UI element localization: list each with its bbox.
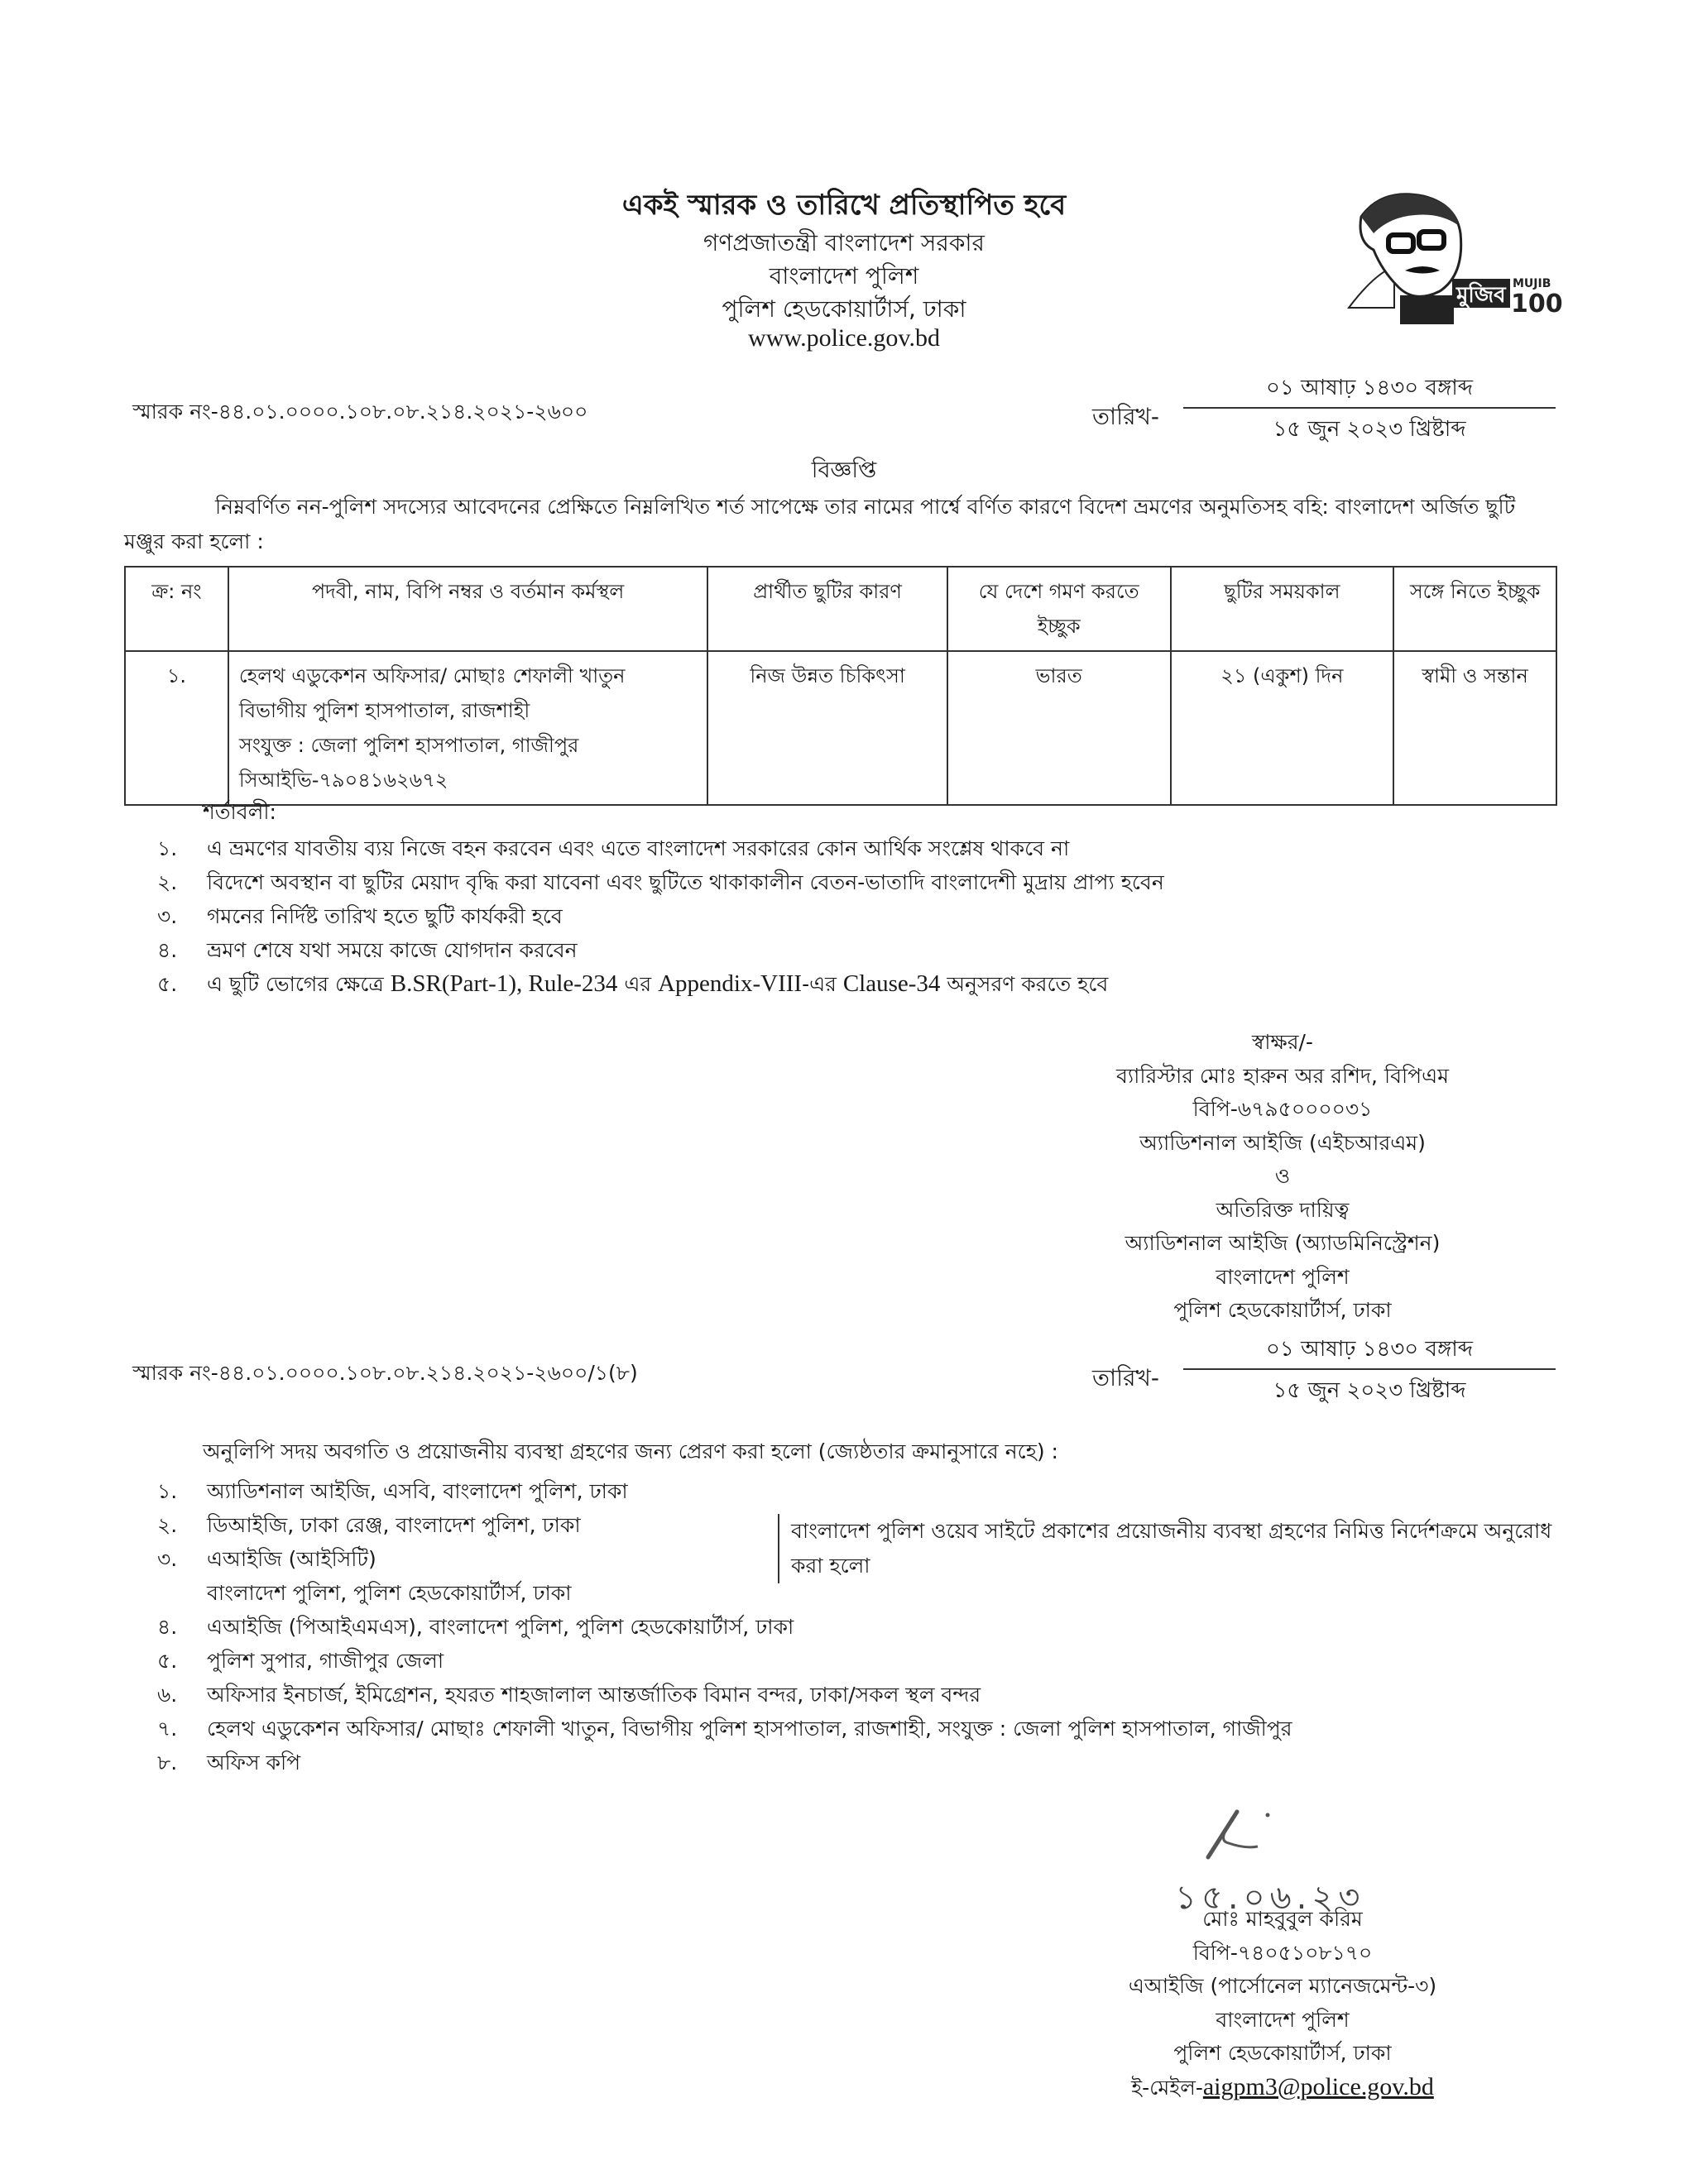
col-reason: প্রার্থীত ছুটির কারণ <box>707 567 947 651</box>
copy-to-intro: অনুলিপি সদয় অবগতি ও প্রয়োজনীয় ব্যবস্থ… <box>203 1435 1058 1471</box>
item-number: ৩. <box>157 1542 207 1576</box>
col-person: পদবী, নাম, বিপি নম্বর ও বর্তমান কর্মস্থল <box>228 567 707 651</box>
date-label: তারিখ- <box>1092 399 1159 438</box>
person-workplace: বিভাগীয় পুলিশ হাসপাতাল, রাজশাহী <box>239 693 700 728</box>
handwritten-signature <box>1200 1803 1299 1870</box>
signatory-office: পুলিশ হেডকোয়ার্টার্স, ঢাকা <box>1059 1294 1506 1328</box>
mujib-100-logo: মুজিব শতবর্ষ MUJIB 100 <box>1324 184 1564 324</box>
item-number: ৪. <box>157 933 207 967</box>
item-text: এ ভ্রমণের যাবতীয় ব্যয় নিজে বহন করবেন এ… <box>207 831 1069 865</box>
signatory-name: মোঃ মাহবুবুল করিম <box>1059 1903 1506 1937</box>
website-link[interactable]: www.police.gov.bd <box>0 324 1688 352</box>
signatory-additional: অতিরিক্ত দায়িত্ব <box>1059 1194 1506 1228</box>
signatory-bp: বিপি-৬৭৯৫০০০০৩১ <box>1059 1093 1506 1127</box>
signatory-email-line: ই-মেইল-aigpm3@police.gov.bd <box>1059 2071 1506 2105</box>
person-attached: সংযুক্ত : জেলা পুলিশ হাসপাতাল, গাজীপুর <box>239 728 700 763</box>
memo-copy-number: স্মারক নং-৪৪.০১.০০০০.১০৮.০৮.২১৪.২০২১-২৬০… <box>132 1357 638 1392</box>
date-divider <box>1183 407 1556 409</box>
signatory-department: বাংলাদেশ পুলিশ <box>1059 2004 1506 2038</box>
signature-icon <box>1200 1803 1299 1870</box>
cell-country: ভারত <box>947 651 1171 805</box>
item-number: ৩. <box>157 899 207 933</box>
signed-mark: স্বাক্ষর/- <box>1059 1026 1506 1060</box>
signatory-department: বাংলাদেশ পুলিশ <box>1059 1261 1506 1295</box>
date-gregorian: ১৫ জুন ২০২৩ খ্রিষ্টাব্দ <box>1183 412 1556 448</box>
svg-text:MUJIB: MUJIB <box>1513 277 1551 290</box>
notice-intro: নিম্নবর্ণিত নন-পুলিশ সদস্যের আবেদনের প্র… <box>124 490 1556 559</box>
memo-number: স্মারক নং-৪৪.০১.০০০০.১০৮.০৮.২১৪.২০২১-২৬০… <box>132 395 587 431</box>
item-text: হেলথ এডুকেশন অফিসার/ মোছাঃ শেফালী খাতুন,… <box>207 1712 1292 1746</box>
col-duration: ছুটির সময়কাল <box>1171 567 1394 651</box>
signatory-designation: অ্যাডিশনাল আইজি (এইচআরএম) <box>1059 1127 1506 1161</box>
conditions-title: শর্তাবলী: <box>203 796 276 831</box>
signatory-designation: এআইজি (পার্সোনেল ম্যানেজমেন্ট-৩) <box>1059 1970 1506 2004</box>
table-row: ১. হেলথ এডুকেশন অফিসার/ মোছাঃ শেফালী খাত… <box>125 651 1556 805</box>
ict-instruction-note: বাংলাদেশ পুলিশ ওয়েব সাইটে প্রকাশের প্রয… <box>778 1514 1585 1583</box>
col-serial: ক্র: নং <box>125 567 228 651</box>
col-companions: সঙ্গে নিতে ইচ্ছুক <box>1393 567 1556 651</box>
cell-serial: ১. <box>125 651 228 805</box>
signatory-additional-designation: অ্যাডিশনাল আইজি (অ্যাডমিনিস্ট্রেশন) <box>1059 1227 1506 1261</box>
cell-reason: নিজ উন্নত চিকিৎসা <box>707 651 947 805</box>
date-gregorian: ১৫ জুন ২০২৩ খ্রিষ্টাব্দ <box>1183 1373 1556 1410</box>
item-text: বিদেশে অবস্থান বা ছুটির মেয়াদ বৃদ্ধি কর… <box>207 865 1164 899</box>
item-text: এআইজি (পিআইএমএস), বাংলাদেশ পুলিশ, পুলিশ … <box>207 1610 794 1644</box>
date-divider <box>1183 1368 1556 1370</box>
date-block: ০১ আষাঢ় ১৪৩০ বঙ্গাব্দ ১৫ জুন ২০২৩ খ্রিষ… <box>1183 371 1556 448</box>
leave-grant-table: ক্র: নং পদবী, নাম, বিপি নম্বর ও বর্তমান … <box>124 566 1557 806</box>
item-number: ২. <box>157 865 207 899</box>
date-bangla: ০১ আষাঢ় ১৪৩০ বঙ্গাব্দ <box>1183 1332 1556 1368</box>
item-number: ৮. <box>157 1746 207 1779</box>
item-text: অফিসার ইনচার্জ, ইমিগ্রেশন, হযরত শাহজালাল… <box>207 1678 981 1712</box>
email-label: ই-মেইল- <box>1131 2076 1203 2100</box>
item-number: ৬. <box>157 1678 207 1712</box>
cell-duration: ২১ (একুশ) দিন <box>1171 651 1394 805</box>
signatory-conjunction: ও <box>1059 1160 1506 1194</box>
date-bangla: ০১ আষাঢ় ১৪৩০ বঙ্গাব্দ <box>1183 371 1556 407</box>
item-number: ৫. <box>157 1644 207 1678</box>
item-text: অফিস কপি <box>207 1746 300 1779</box>
signatory-bp: বিপি-৭৪০৫১০৮১৭০ <box>1059 1937 1506 1971</box>
item-text: বাংলাদেশ পুলিশ, পুলিশ হেডকোয়ার্টার্স, ঢ… <box>207 1576 572 1610</box>
item-text: এআইজি (আইসিটি) <box>207 1542 376 1576</box>
item-text: এ ছুটি ভোগের ক্ষেত্রে B.SR(Part-1), Rule… <box>207 967 1108 1001</box>
item-text: অ্যাডিশনাল আইজি, এসবি, বাংলাদেশ পুলিশ, ঢ… <box>207 1474 628 1508</box>
item-text: পুলিশ সুপার, গাজীপুর জেলা <box>207 1644 444 1678</box>
item-number: ১. <box>157 831 207 865</box>
notice-title: বিজ্ঞপ্তি <box>0 453 1688 491</box>
item-number: ৫. <box>157 967 207 1001</box>
signatory-name: ব্যারিস্টার মোঃ হারুন অর রশিদ, বিপিএম <box>1059 1060 1506 1094</box>
item-text: গমনের নির্দিষ্ট তারিখ হতে ছুটি কার্যকরী … <box>207 899 563 933</box>
date-label: তারিখ- <box>1092 1360 1159 1399</box>
svg-text:100: 100 <box>1511 290 1563 318</box>
item-number: ২. <box>157 1508 207 1542</box>
signatory-block-1: স্বাক্ষর/- ব্যারিস্টার মোঃ হারুন অর রশিদ… <box>1059 1026 1506 1328</box>
signatory-block-2: মোঃ মাহবুবুল করিম বিপি-৭৪০৫১০৮১৭০ এআইজি … <box>1059 1903 1506 2105</box>
person-id: সিআইভি-৭৯০৪১৬২৬৭২ <box>239 763 700 797</box>
person-designation-name: হেলথ এডুকেশন অফিসার/ মোছাঃ শেফালী খাতুন <box>239 659 700 693</box>
email-link[interactable]: aigpm3@police.gov.bd <box>1203 2073 1434 2100</box>
item-number: ১. <box>157 1474 207 1508</box>
cell-companions: স্বামী ও সন্তান <box>1393 651 1556 805</box>
portrait-icon: মুজিব শতবর্ষ MUJIB 100 <box>1324 184 1564 324</box>
col-country: যে দেশে গমণ করতে ইচ্ছুক <box>947 567 1171 651</box>
item-text: ডিআইজি, ঢাকা রেঞ্জ, বাংলাদেশ পুলিশ, ঢাকা <box>207 1508 581 1542</box>
table-header-row: ক্র: নং পদবী, নাম, বিপি নম্বর ও বর্তমান … <box>125 567 1556 651</box>
item-number: ৪. <box>157 1610 207 1644</box>
cell-person: হেলথ এডুকেশন অফিসার/ মোছাঃ শেফালী খাতুন … <box>228 651 707 805</box>
item-number: ৭. <box>157 1712 207 1746</box>
signatory-office: পুলিশ হেডকোয়ার্টার্স, ঢাকা <box>1059 2037 1506 2071</box>
item-text: ভ্রমণ শেষে যথা সময়ে কাজে যোগদান করবেন <box>207 933 578 967</box>
date-block: ০১ আষাঢ় ১৪৩০ বঙ্গাব্দ ১৫ জুন ২০২৩ খ্রিষ… <box>1183 1332 1556 1410</box>
